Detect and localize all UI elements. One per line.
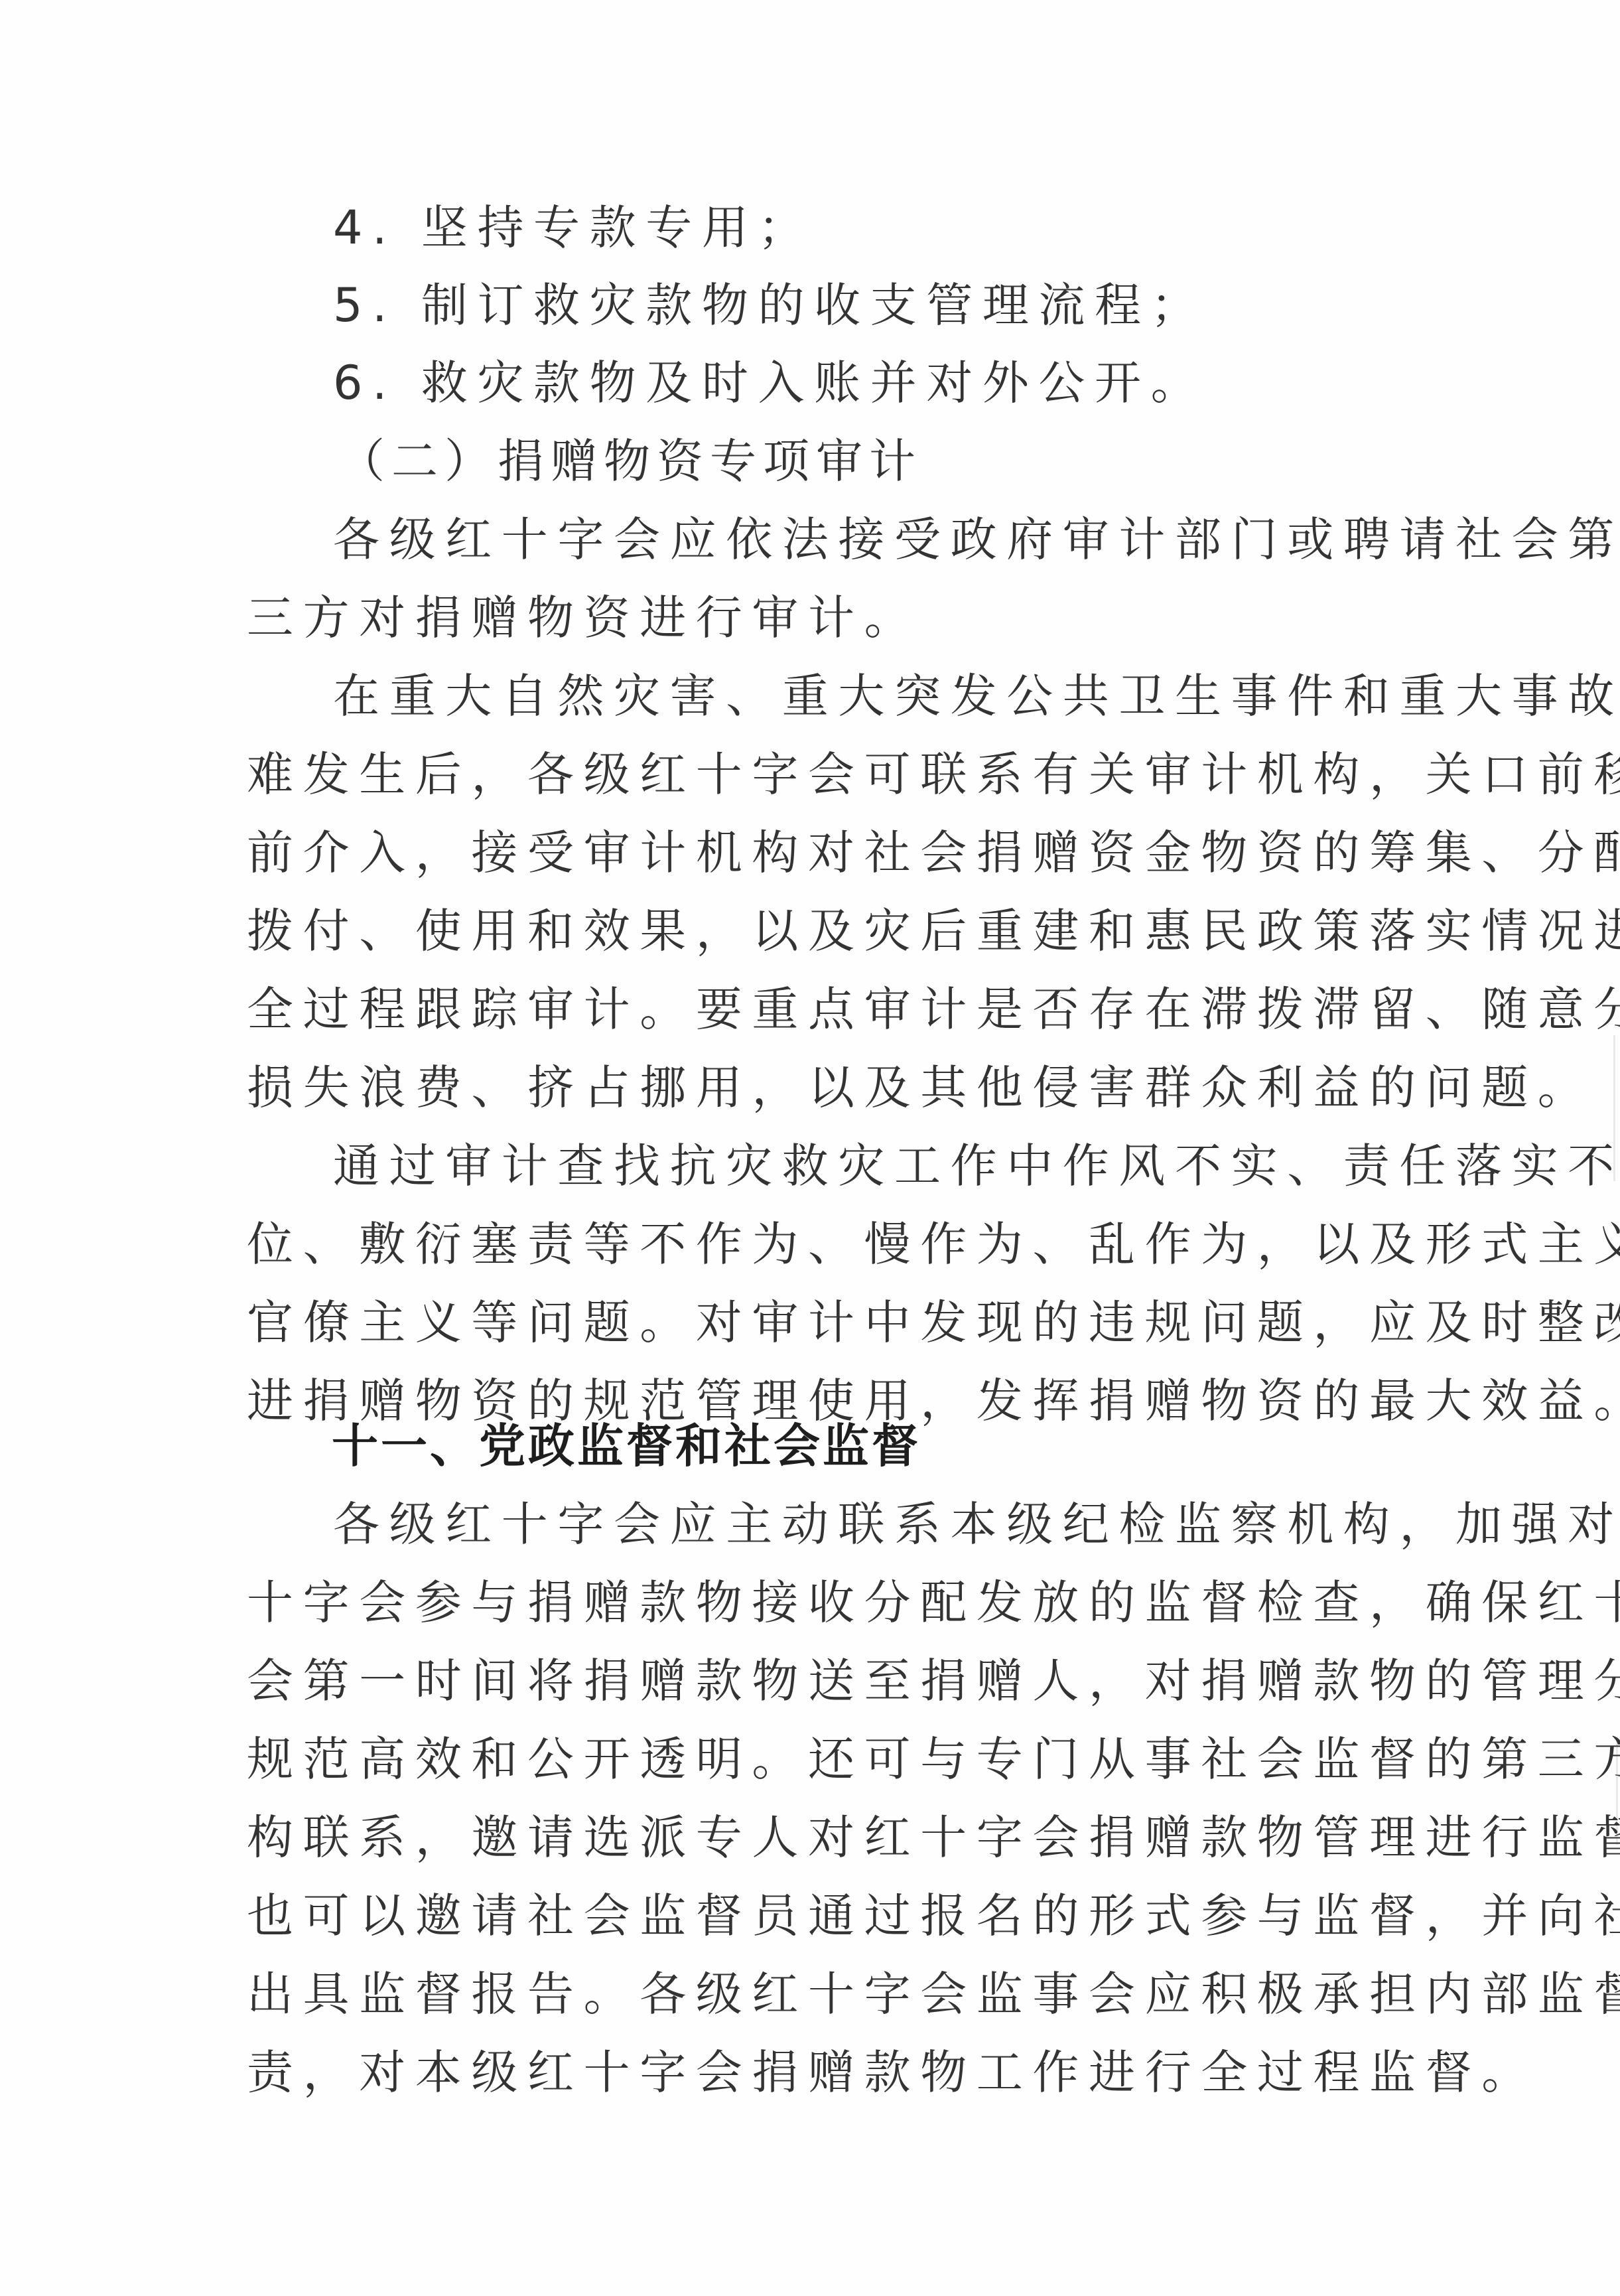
paragraph-line: 位、敷衍塞责等不作为、慢作为、乱作为，以及形式主义、 [247, 1214, 1375, 1274]
section-heading: 十一、党政监督和社会监督 [332, 1416, 1459, 1476]
paragraph-line: 损失浪费、挤占挪用，以及其他侵害群众利益的问题。 [247, 1058, 1375, 1117]
paragraph-line: 十字会参与捐赠款物接收分配发放的监督检查，确保红十字 [247, 1573, 1375, 1632]
list-item: 5. 制订救灾款物的收支管理流程； [333, 275, 1461, 335]
subsection-heading: （二）捐赠物资专项审计 [338, 431, 1466, 491]
paragraph-line: 各级红十字会应依法接受政府审计部门或聘请社会第 [333, 510, 1461, 569]
document-page: 4. 坚持专款专用； 5. 制订救灾款物的收支管理流程； 6. 救灾款物及时入账… [0, 0, 1620, 2296]
paragraph-line: 拨付、使用和效果，以及灾后重建和惠民政策落实情况进行 [247, 901, 1375, 961]
paragraph-line: 难发生后，各级红十字会可联系有关审计机构，关口前移、提 [247, 745, 1375, 804]
paragraph-line: 也可以邀请社会监督员通过报名的形式参与监督，并向社会 [247, 1886, 1375, 1946]
paragraph-line: 责，对本级红十字会捐赠款物工作进行全过程监督。 [247, 2043, 1375, 2102]
paragraph-line: 三方对捐赠物资进行审计。 [247, 588, 1375, 648]
paragraph-line: 构联系，邀请选派专人对红十字会捐赠款物管理进行监督， [247, 1808, 1375, 1867]
paragraph-line: 出具监督报告。各级红十字会监事会应积极承担内部监督职 [247, 1964, 1375, 2024]
paragraph-line: 全过程跟踪审计。要重点审计是否存在滞拨滞留、随意分配、 [247, 979, 1375, 1039]
paragraph-line: 通过审计查找抗灾救灾工作中作风不实、责任落实不到 [333, 1136, 1461, 1196]
paragraph-line: 会第一时间将捐赠款物送至捐赠人，对捐赠款物的管理分配 [247, 1651, 1375, 1711]
paragraph-line: 规范高效和公开透明。还可与专门从事社会监督的第三方机 [247, 1729, 1375, 1789]
paragraph-line: 前介入，接受审计机构对社会捐赠资金物资的筹集、分配、 [247, 823, 1375, 883]
list-item: 6. 救灾款物及时入账并对外公开。 [333, 353, 1461, 413]
paragraph-line: 官僚主义等问题。对审计中发现的违规问题，应及时整改，促 [247, 1293, 1375, 1352]
paragraph-line: 各级红十字会应主动联系本级纪检监察机构，加强对红 [333, 1494, 1461, 1554]
list-item: 4. 坚持专款专用； [333, 198, 1461, 257]
paragraph-line: 在重大自然灾害、重大突发公共卫生事件和重大事故灾 [333, 666, 1461, 726]
